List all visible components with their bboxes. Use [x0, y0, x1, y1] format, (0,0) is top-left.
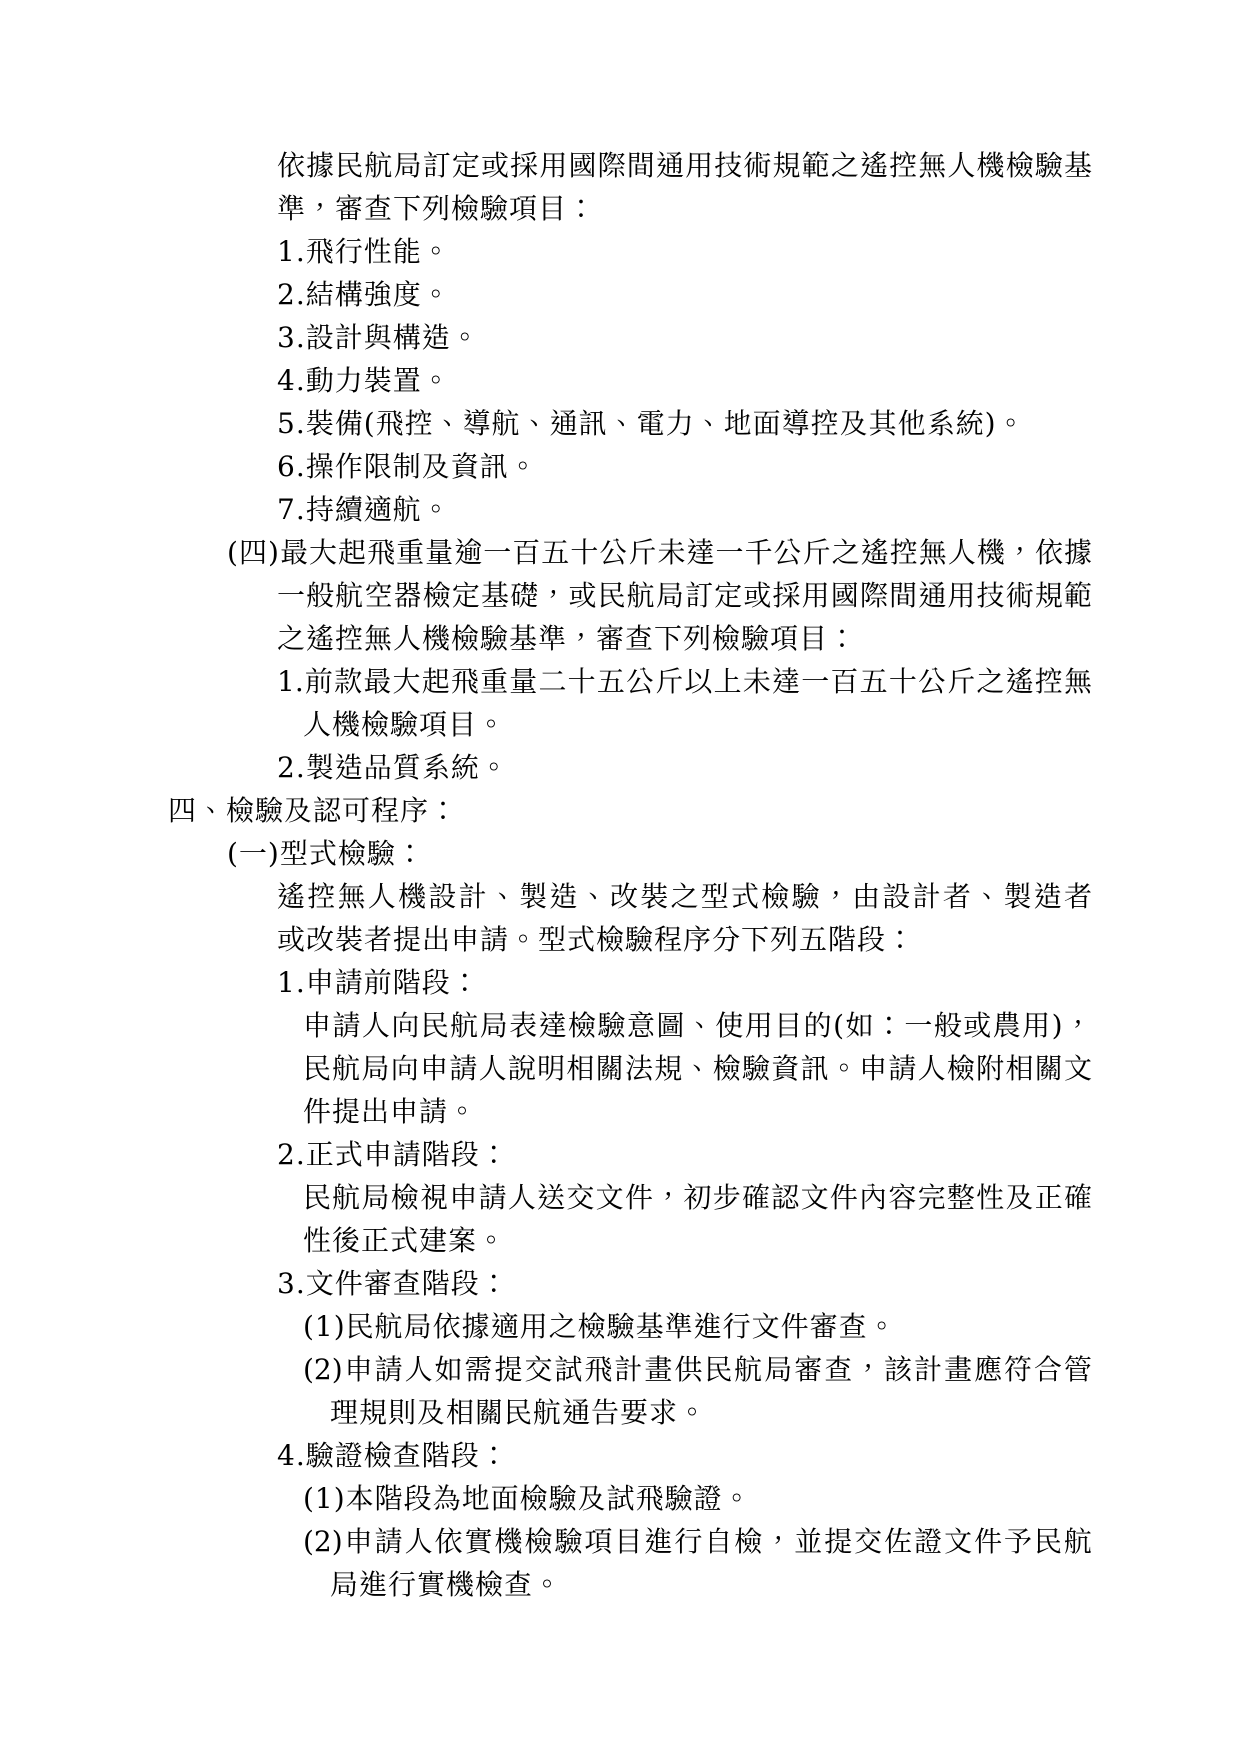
paragraph-line: 申請人向民航局表達檢驗意圖、使用目的(如：一般或農用)， [303, 1004, 1092, 1047]
subsection-4-item-line: (四)最大起飛重量逾一百五十公斤未達一千公斤之遙控無人機，依據 [227, 531, 1092, 574]
sub-item-continuation: 局進行實機檢查。 [330, 1563, 1092, 1606]
document-page: 依據民航局訂定或採用國際間通用技術規範之遙控無人機檢驗基 準，審查下列檢驗項目：… [0, 0, 1241, 1755]
paragraph-line: 性後正式建案。 [303, 1219, 1092, 1262]
numbered-item: 6.操作限制及資訊。 [277, 445, 1092, 488]
subsection-heading: (一)型式檢驗： [227, 832, 1092, 875]
paragraph-line: 遙控無人機設計、製造、改裝之型式檢驗，由設計者、製造者 [277, 875, 1092, 918]
paragraph-line: 件提出申請。 [303, 1090, 1092, 1133]
numbered-item-continuation: 人機檢驗項目。 [303, 703, 1092, 746]
stage-heading: 4.驗證檢查階段： [277, 1434, 1092, 1477]
sub-item: (2)申請人如需提交試飛計畫供民航局審查，該計畫應符合管 [303, 1348, 1092, 1391]
document-body: 依據民航局訂定或採用國際間通用技術規範之遙控無人機檢驗基 準，審查下列檢驗項目：… [0, 0, 1241, 1606]
paragraph-line: 或改裝者提出申請。型式檢驗程序分下列五階段： [277, 918, 1092, 961]
numbered-item: 2.結構強度。 [277, 273, 1092, 316]
sub-item-continuation: 理規則及相關民航通告要求。 [330, 1391, 1092, 1434]
subsection-4-item-line: 一般航空器檢定基礎，或民航局訂定或採用國際間通用技術規範 [277, 574, 1092, 617]
stage-heading: 3.文件審查階段： [277, 1262, 1092, 1305]
numbered-item: 3.設計與構造。 [277, 316, 1092, 359]
paragraph-line: 民航局檢視申請人送交文件，初步確認文件內容完整性及正確 [303, 1176, 1092, 1219]
subsection-4-item-line: 之遙控無人機檢驗基準，審查下列檢驗項目： [277, 617, 1092, 660]
numbered-item: 1.前款最大起飛重量二十五公斤以上未達一百五十公斤之遙控無 [277, 660, 1092, 703]
intro-paragraph-line: 準，審查下列檢驗項目： [277, 187, 1092, 230]
numbered-item: 4.動力裝置。 [277, 359, 1092, 402]
sub-item: (1)本階段為地面檢驗及試飛驗證。 [303, 1477, 1092, 1520]
sub-item: (2)申請人依實機檢驗項目進行自檢，並提交佐證文件予民航 [303, 1520, 1092, 1563]
paragraph-line: 民航局向申請人說明相關法規、檢驗資訊。申請人檢附相關文 [303, 1047, 1092, 1090]
stage-heading: 2.正式申請階段： [277, 1133, 1092, 1176]
numbered-item: 5.裝備(飛控、導航、通訊、電力、地面導控及其他系統)。 [277, 402, 1092, 445]
stage-heading: 1.申請前階段： [277, 961, 1092, 1004]
section-heading: 四、檢驗及認可程序： [168, 789, 1092, 832]
intro-paragraph-line: 依據民航局訂定或採用國際間通用技術規範之遙控無人機檢驗基 [277, 144, 1092, 187]
sub-item: (1)民航局依據適用之檢驗基準進行文件審查。 [303, 1305, 1092, 1348]
numbered-item: 7.持續適航。 [277, 488, 1092, 531]
numbered-item: 1.飛行性能。 [277, 230, 1092, 273]
numbered-item: 2.製造品質系統。 [277, 746, 1092, 789]
